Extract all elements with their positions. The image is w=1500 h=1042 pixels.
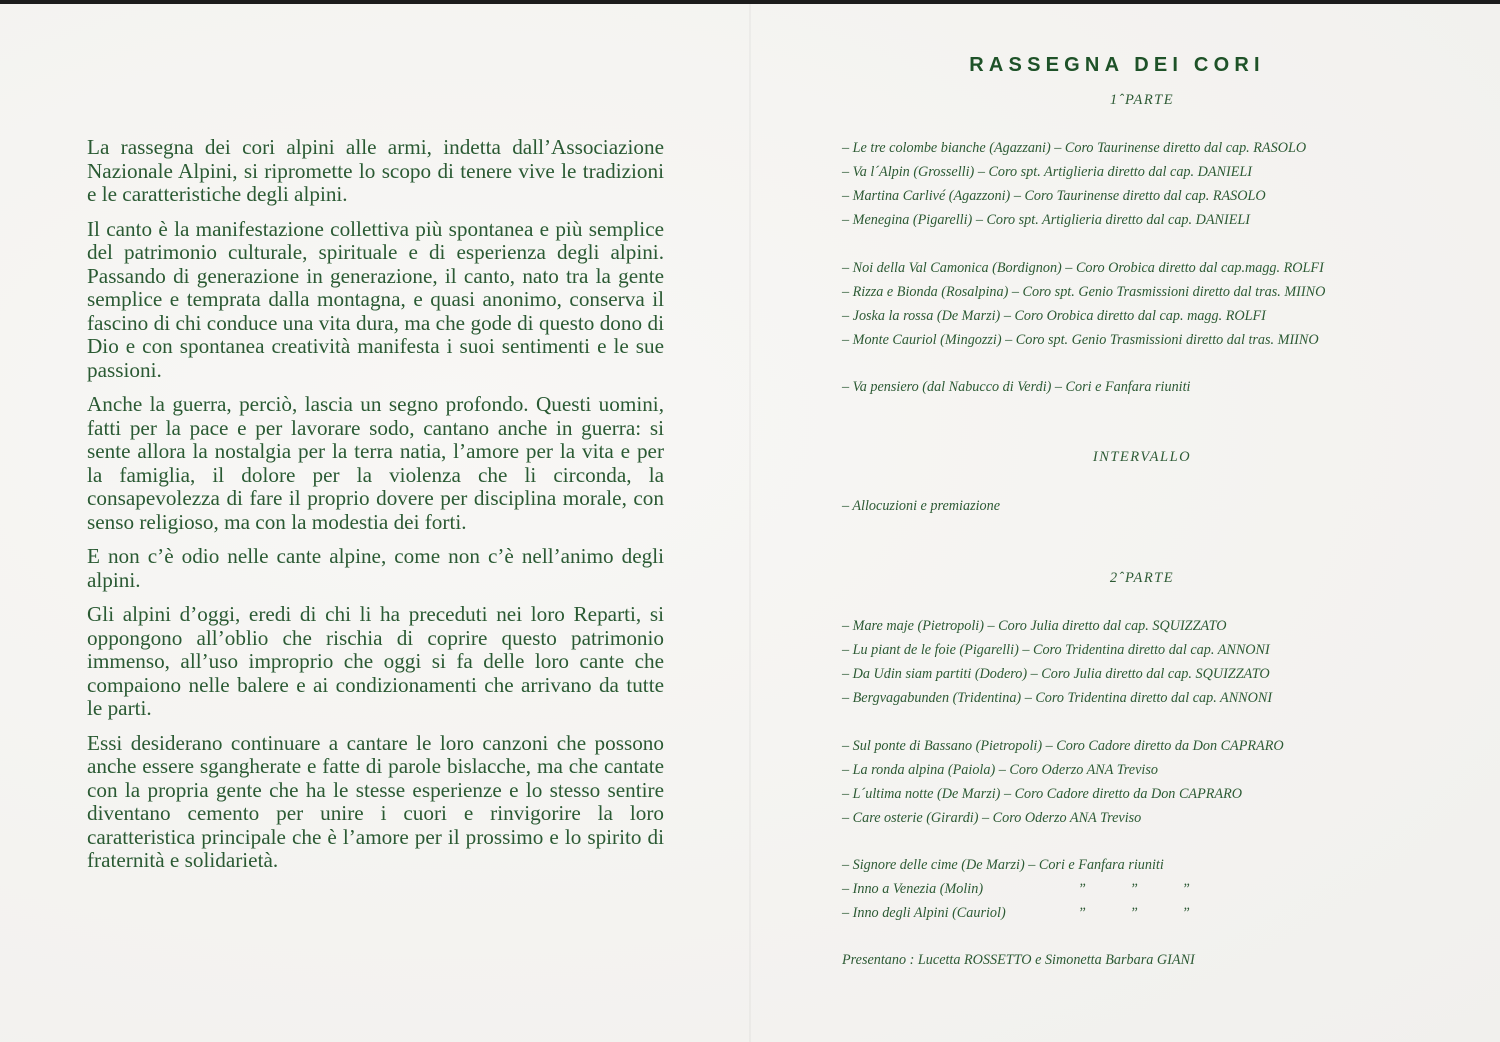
program-item: – Menegina (Pigarelli) – Coro spt. Artig… <box>842 212 1250 229</box>
part1-heading: 1ˆPARTE <box>842 92 1422 109</box>
page-fold <box>749 4 751 1042</box>
part2-heading: 2ˆPARTE <box>842 570 1422 587</box>
interval-heading: INTERVALLO <box>842 449 1422 466</box>
program-item: – Monte Cauriol (Mingozzi) – Coro spt. G… <box>842 332 1319 349</box>
program-item: – Rizza e Bionda (Rosalpina) – Coro spt.… <box>842 284 1325 301</box>
program-item: – Care osterie (Girardi) – Coro Oderzo A… <box>842 810 1141 827</box>
paragraph: Il canto è la manifestazione collettiva … <box>87 218 664 383</box>
ditto-mark: ” <box>1130 881 1182 898</box>
paragraph: La rassegna dei cori alpini alle armi, i… <box>87 136 664 207</box>
ditto-mark: ” <box>1078 905 1130 922</box>
program-item: – Signore delle cime (De Marzi) – Cori e… <box>842 857 1164 874</box>
paragraph: Essi desiderano continuare a cantare le … <box>87 732 664 873</box>
program-item-ditto-row: – Inno a Venezia (Molin)””” <box>842 881 1234 898</box>
presenters-line: Presentano : Lucetta ROSSETTO e Simonett… <box>842 952 1195 969</box>
program-item: – Allocuzioni e premiazione <box>842 498 1000 515</box>
program-item-ditto-row: – Inno degli Alpini (Cauriol)””” <box>842 905 1234 922</box>
program-item: – Joska la rossa (De Marzi) – Coro Orobi… <box>842 308 1266 325</box>
paragraph: E non c’è odio nelle cante alpine, come … <box>87 545 664 592</box>
program-title: RASSEGNA DEI CORI <box>952 54 1282 77</box>
ditto-mark: ” <box>1078 881 1130 898</box>
program-item-label: – Inno a Venezia (Molin) <box>842 881 1078 898</box>
program-item: – Sul ponte di Bassano (Pietropoli) – Co… <box>842 738 1284 755</box>
ditto-mark: ” <box>1182 881 1234 898</box>
program-item: – Martina Carlivé (Agazzoni) – Coro Taur… <box>842 188 1266 205</box>
program-item: – Noi della Val Camonica (Bordignon) – C… <box>842 260 1324 277</box>
program-item: – Bergvagabunden (Tridentina) – Coro Tri… <box>842 690 1272 707</box>
program-item: – Mare maje (Pietropoli) – Coro Julia di… <box>842 618 1226 635</box>
program-item: – Da Udin siam partiti (Dodero) – Coro J… <box>842 666 1270 683</box>
program-item: – Lu piant de le foie (Pigarelli) – Coro… <box>842 642 1270 659</box>
ditto-mark: ” <box>1130 905 1182 922</box>
introduction-text: La rassegna dei cori alpini alle armi, i… <box>87 136 664 884</box>
program-item-label: – Inno degli Alpini (Cauriol) <box>842 905 1078 922</box>
ditto-mark: ” <box>1182 905 1234 922</box>
program-item: – Va pensiero (dal Nabucco di Verdi) – C… <box>842 379 1190 396</box>
paragraph: Anche la guerra, perciò, lascia un segno… <box>87 393 664 534</box>
paragraph: Gli alpini d’oggi, eredi di chi li ha pr… <box>87 603 664 721</box>
program-item: – Va l´Alpin (Grosselli) – Coro spt. Art… <box>842 164 1252 181</box>
program-item: – L´ultima notte (De Marzi) – Coro Cador… <box>842 786 1242 803</box>
brochure-spread: La rassegna dei cori alpini alle armi, i… <box>0 4 1500 1042</box>
program-item: – La ronda alpina (Paiola) – Coro Oderzo… <box>842 762 1158 779</box>
program-item: – Le tre colombe bianche (Agazzani) – Co… <box>842 140 1306 157</box>
